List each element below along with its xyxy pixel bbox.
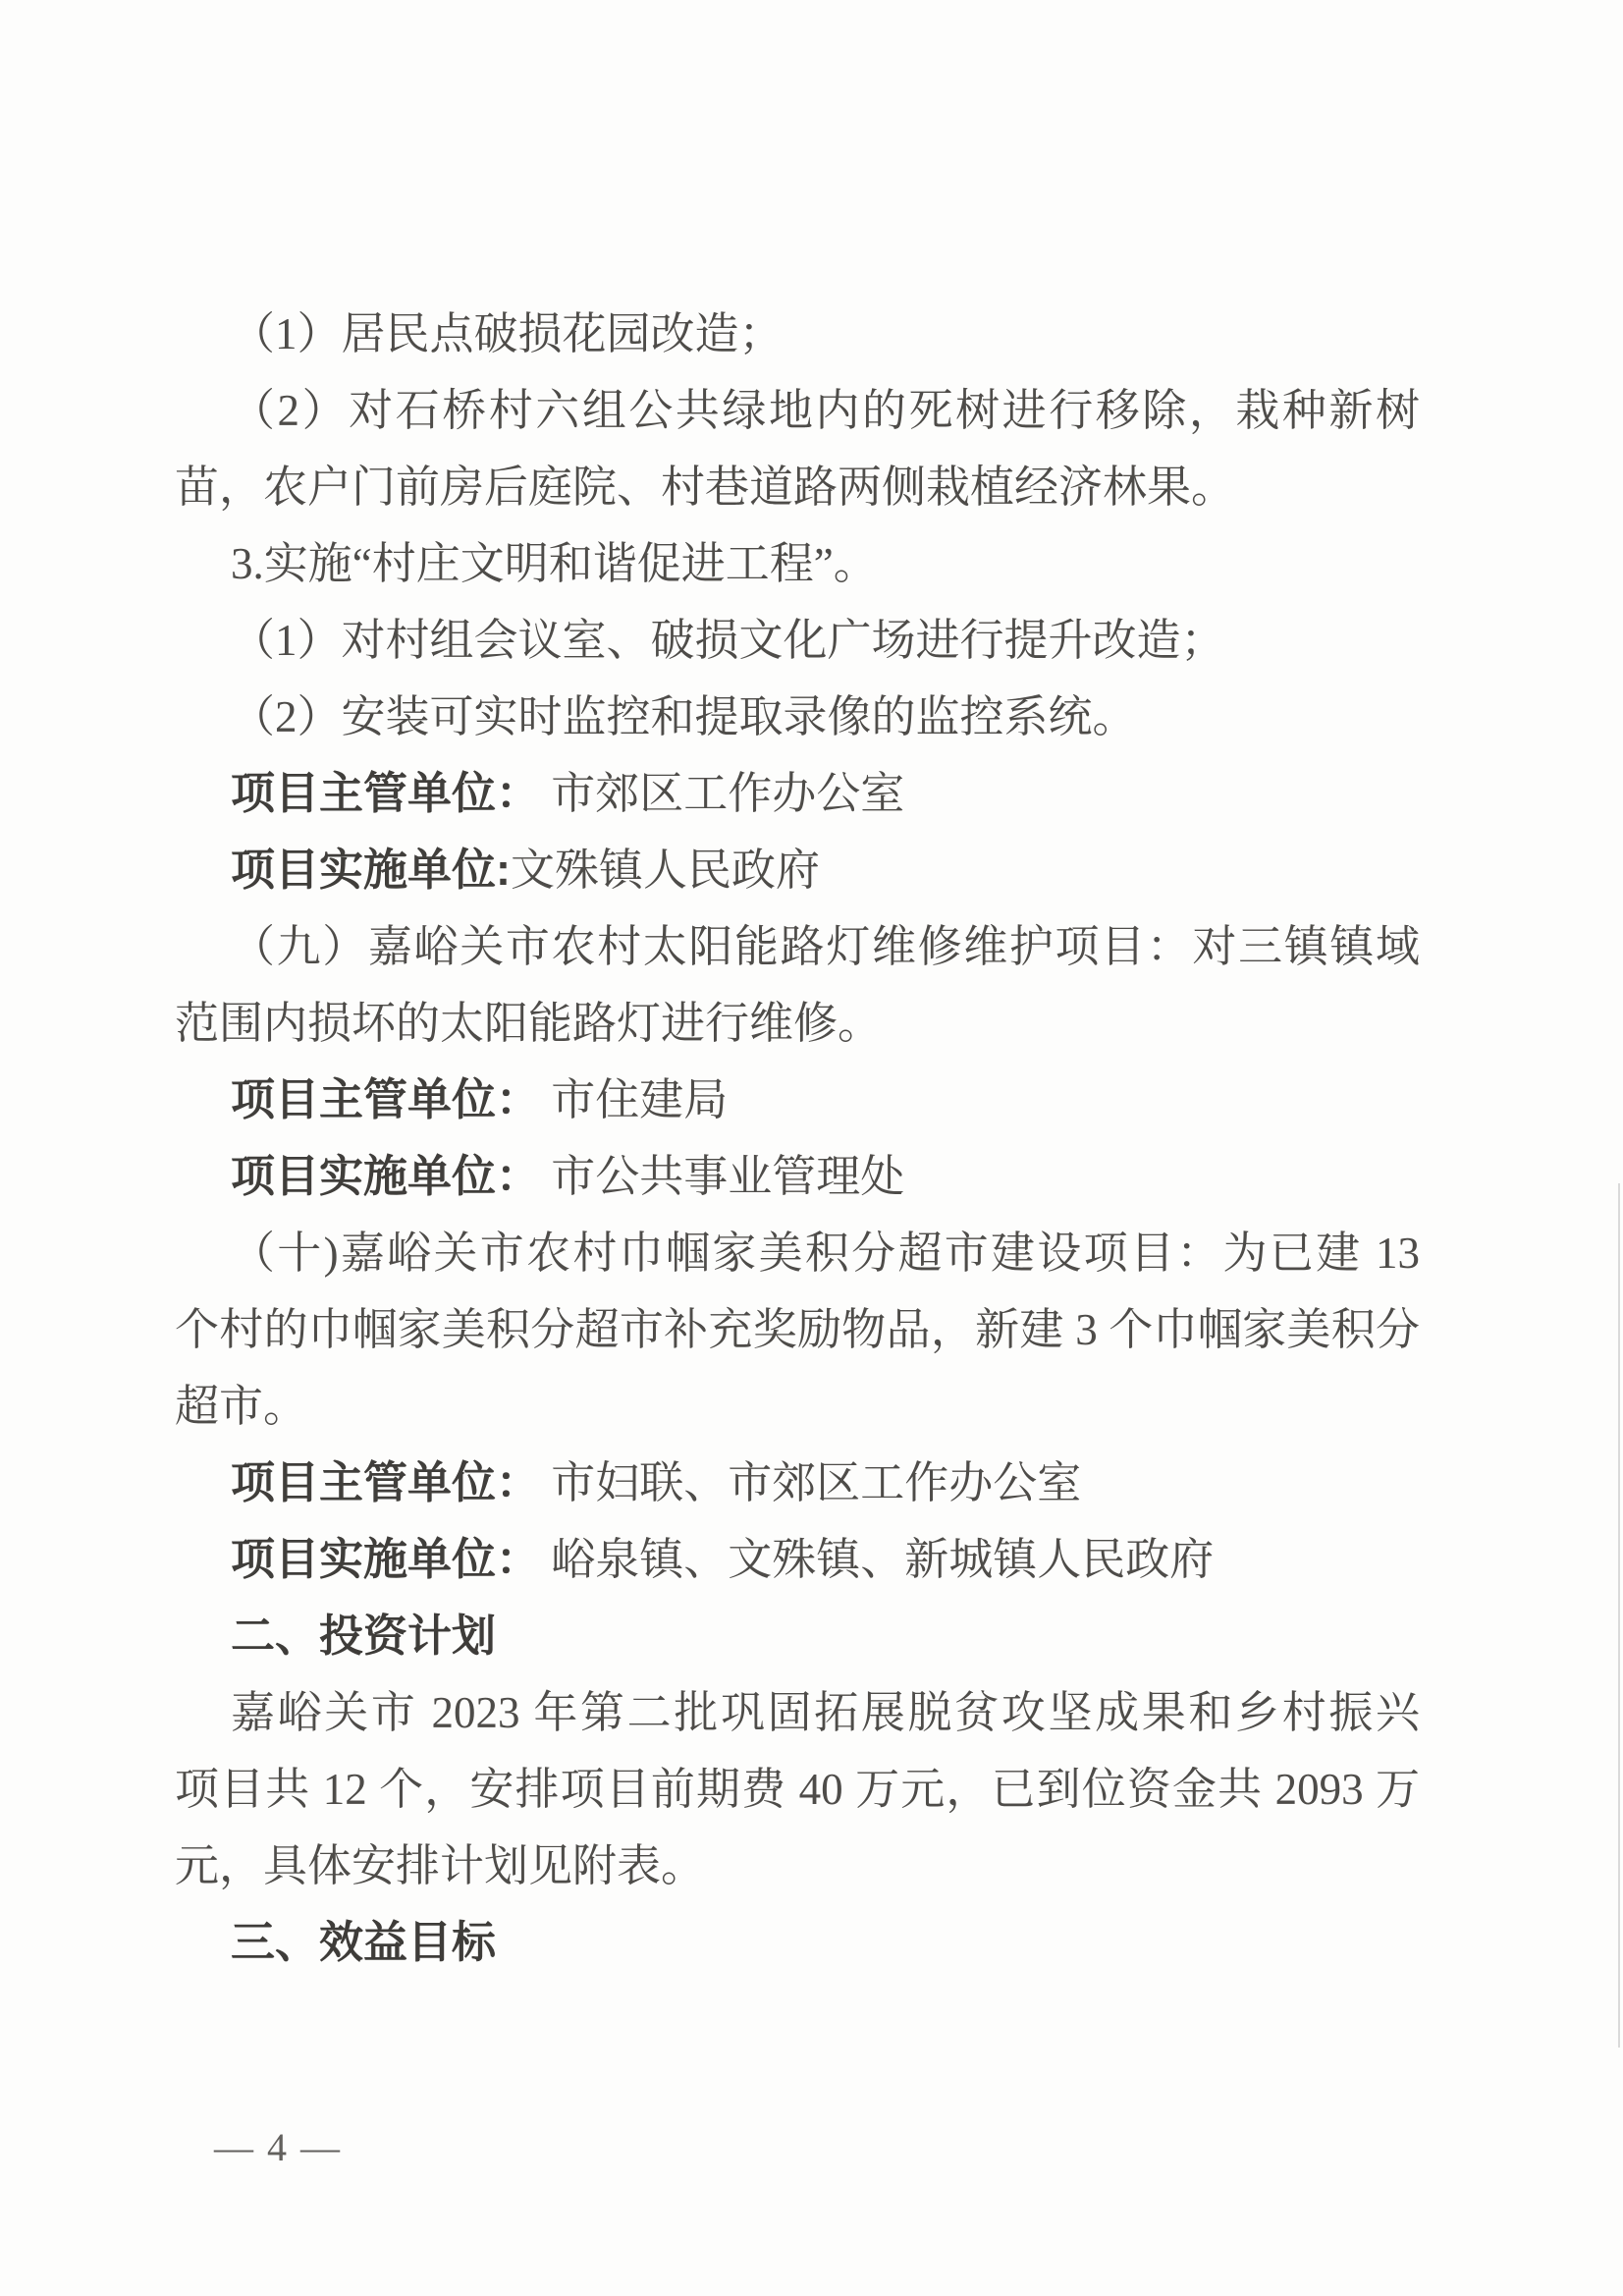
text-line: 项目主管单位： 市郊区工作办公室 — [175, 755, 1420, 832]
text-line: （十)嘉峪关市农村巾帼家美积分超市建设项目：为已建 13 — [175, 1215, 1420, 1291]
field-label: 项目主管单位： — [231, 1074, 540, 1124]
field-value: 市郊区工作办公室 — [540, 769, 904, 818]
text-line: 嘉峪关市 2023 年第二批巩固拓展脱贫攻坚成果和乡村振兴 — [175, 1674, 1420, 1751]
text-line: （2）对石桥村六组公共绿地内的死树进行移除，栽种新树 — [175, 372, 1420, 449]
scan-edge-artifact — [1618, 1183, 1620, 2048]
text-line: 项目主管单位： 市妇联、市郊区工作办公室 — [175, 1445, 1420, 1521]
text-line: 项目实施单位： 峪泉镇、文殊镇、新城镇人民政府 — [175, 1521, 1420, 1598]
text-line: 3.实施“村庄文明和谐促进工程”。 — [175, 525, 1420, 602]
field-value: 文殊镇人民政府 — [511, 846, 820, 895]
text-line: 苗，农户门前房后庭院、村巷道路两侧栽植经济林果。 — [175, 449, 1420, 525]
page-number: — 4 — — [214, 2124, 342, 2171]
text-line: 项目实施单位： 市公共事业管理处 — [175, 1138, 1420, 1215]
text-line: 范围内损坏的太阳能路灯进行维修。 — [175, 985, 1420, 1062]
section-heading: 三、效益目标 — [175, 1904, 1420, 1981]
text-line: 项目实施单位:文殊镇人民政府 — [175, 832, 1420, 908]
field-value: 峪泉镇、文殊镇、新城镇人民政府 — [540, 1535, 1214, 1584]
section-heading: 二、投资计划 — [175, 1598, 1420, 1674]
text-line: （2）安装可实时监控和提取录像的监控系统。 — [175, 679, 1420, 755]
field-label: 项目主管单位： — [231, 768, 540, 818]
text-line: （九）嘉峪关市农村太阳能路灯维修维护项目：对三镇镇域 — [175, 908, 1420, 985]
text-line: 个村的巾帼家美积分超市补充奖励物品，新建 3 个巾帼家美积分 — [175, 1291, 1420, 1368]
field-value: 市住建局 — [540, 1075, 728, 1124]
field-value: 市公共事业管理处 — [540, 1152, 904, 1201]
text-line: （1）居民点破损花园改造； — [175, 296, 1420, 372]
document-page: （1）居民点破损花园改造；（2）对石桥村六组公共绿地内的死树进行移除，栽种新树苗… — [0, 0, 1623, 2296]
text-line: 超市。 — [175, 1368, 1420, 1445]
field-label: 项目实施单位： — [231, 1534, 540, 1584]
field-value: 市妇联、市郊区工作办公室 — [540, 1458, 1081, 1507]
text-line: 元，具体安排计划见附表。 — [175, 1828, 1420, 1904]
document-body: （1）居民点破损花园改造；（2）对石桥村六组公共绿地内的死树进行移除，栽种新树苗… — [175, 296, 1420, 1981]
field-label: 项目实施单位： — [231, 1151, 540, 1201]
text-line: 项目共 12 个，安排项目前期费 40 万元，已到位资金共 2093 万 — [175, 1751, 1420, 1828]
text-line: 项目主管单位： 市住建局 — [175, 1062, 1420, 1138]
field-label: 项目实施单位: — [231, 845, 511, 895]
field-label: 项目主管单位： — [231, 1457, 540, 1507]
text-line: （1）对村组会议室、破损文化广场进行提升改造； — [175, 602, 1420, 679]
